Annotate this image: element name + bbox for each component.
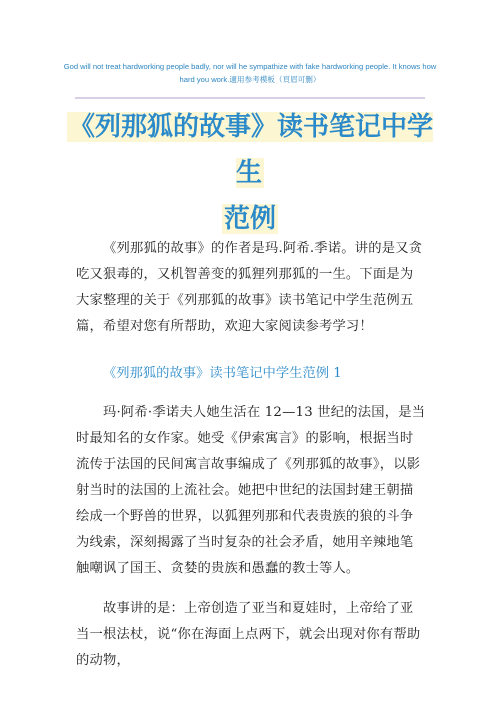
header-divider xyxy=(75,97,425,99)
header-motto: God will not treat hardworking people ba… xyxy=(62,60,438,86)
title-line-2: 范例 xyxy=(222,204,278,234)
document-title: 《列那狐的故事》读书笔记中学生 范例 xyxy=(60,104,440,242)
body-paragraph-2: 故事讲的是：上帝创造了亚当和夏娃时，上帝给了亚当一根法杖，说“你在海面上点两下，… xyxy=(76,596,426,674)
title-line-1: 《列那狐的故事》读书笔记中学生 xyxy=(67,112,433,188)
body-paragraph-1: 玛·阿希·季诺夫人她生活在 12—13 世纪的法国，是当时最知名的女作家。她受《… xyxy=(76,400,426,582)
intro-paragraph: 《列那狐的故事》的作者是玛.阿希.季诺。讲的是又贪吃又狠毒的，又机智善变的狐狸列… xyxy=(76,236,426,340)
section-heading-1: 《列那狐的故事》读书笔记中学生范例 1 xyxy=(103,361,342,387)
header-note: 適用参考模板（頁眉可删） xyxy=(229,75,320,84)
